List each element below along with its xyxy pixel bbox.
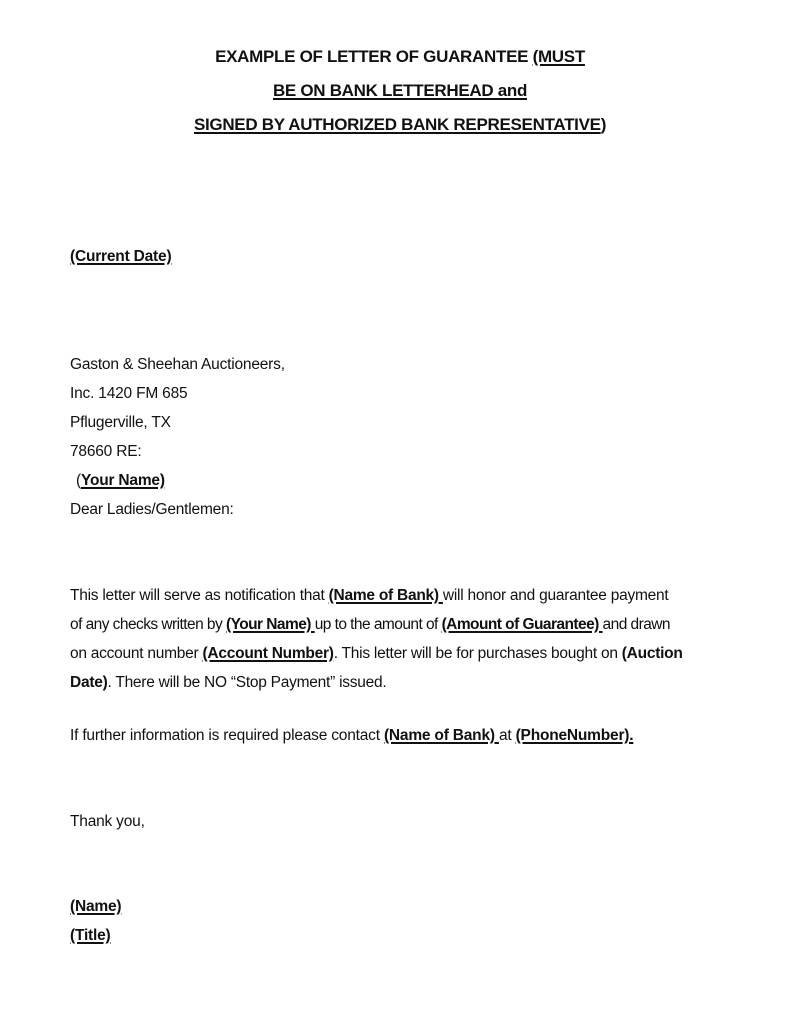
auction-date-placeholder: (Auction — [622, 645, 683, 662]
bank-name-placeholder: (Name of Bank) — [329, 587, 443, 604]
account-number-placeholder: (Account Number) — [203, 645, 334, 662]
contact-text: If further information is required pleas… — [70, 727, 384, 744]
your-name-placeholder: (Your Name) — [226, 616, 315, 633]
title-text: EXAMPLE OF LETTER OF GUARANTEE — [215, 47, 533, 66]
body-text: . There will be NO “Stop Payment” issued… — [108, 674, 387, 691]
contact-text: at — [499, 727, 516, 744]
body-paragraph: This letter will serve as notification t… — [70, 581, 710, 697]
title-underlined-text: BE ON BANK LETTERHEAD and — [273, 81, 527, 100]
phone-number-placeholder: (PhoneNumber). — [516, 727, 634, 744]
signature-name-placeholder: (Name) — [70, 898, 121, 916]
body-row-3: on account number (Account Number). This… — [70, 639, 710, 668]
amount-placeholder: (Amount of Guarantee) — [442, 616, 603, 633]
title-underlined-text: (MUST — [533, 47, 585, 66]
recipient-line-2: Inc. 1420 FM 685 — [70, 385, 187, 403]
contact-line: If further information is required pleas… — [70, 727, 633, 745]
recipient-line-4: 78660 RE: — [70, 443, 141, 461]
contact-bank-placeholder: (Name of Bank) — [384, 727, 499, 744]
letter-page: EXAMPLE OF LETTER OF GUARANTEE (MUST BE … — [0, 0, 800, 1023]
body-text: . This letter will be for purchases boug… — [334, 645, 622, 662]
body-text: and drawn — [603, 616, 670, 633]
salutation: Dear Ladies/Gentlemen: — [70, 501, 234, 519]
body-text: This letter will serve as notification t… — [70, 587, 329, 604]
title-underlined-text: SIGNED BY AUTHORIZED BANK REPRESENTATIVE — [194, 115, 601, 134]
body-text: of any checks written by — [70, 616, 226, 633]
document-title-line-1: EXAMPLE OF LETTER OF GUARANTEE (MUST — [0, 47, 800, 67]
closing: Thank you, — [70, 813, 145, 831]
auction-date-placeholder-end: Date) — [70, 674, 108, 691]
body-row-2: of any checks written by (Your Name) up … — [70, 610, 710, 639]
body-text: on account number — [70, 645, 203, 662]
recipient-line-3: Pflugerville, TX — [70, 414, 171, 432]
body-row-4: Date). There will be NO “Stop Payment” i… — [70, 668, 710, 697]
body-text: will honor and guarantee payment — [443, 587, 669, 604]
title-closing-paren: ) — [601, 115, 606, 134]
document-title-line-2: BE ON BANK LETTERHEAD and — [0, 81, 800, 101]
body-text: up to the amount of — [315, 616, 442, 633]
current-date-placeholder: (Current Date) — [70, 248, 171, 266]
signature-title-placeholder: (Title) — [70, 927, 111, 945]
re-name-placeholder: Your Name) — [81, 472, 165, 489]
document-title-line-3: SIGNED BY AUTHORIZED BANK REPRESENTATIVE… — [0, 115, 800, 135]
recipient-line-1: Gaston & Sheehan Auctioneers, — [70, 356, 285, 374]
re-your-name: (Your Name) — [76, 472, 165, 490]
body-row-1: This letter will serve as notification t… — [70, 581, 710, 610]
